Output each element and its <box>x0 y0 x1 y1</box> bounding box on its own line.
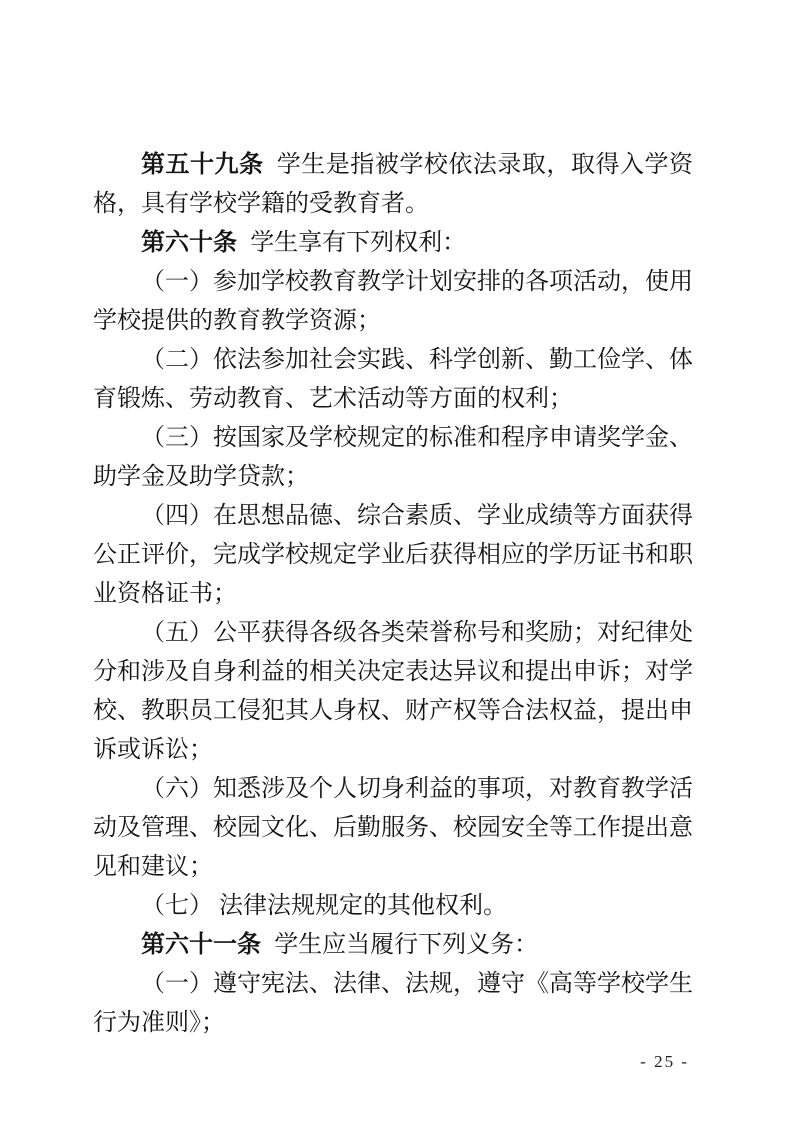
document-body: 第五十九条学生是指被学校依法录取，取得入学资格，具有学校学籍的受教育者。 第六十… <box>93 146 693 1043</box>
paragraph: （六）知悉涉及个人切身利益的事项，对教育教学活动及管理、校园文化、后勤服务、校园… <box>93 770 693 887</box>
paragraph: 第六十条学生享有下列权利： <box>93 224 693 263</box>
paragraph-text: （六）知悉涉及个人切身利益的事项，对教育教学活动及管理、校园文化、后勤服务、校园… <box>93 776 693 880</box>
paragraph-text: 学生享有下列权利： <box>250 230 466 256</box>
paragraph-text: （七） 法律法规规定的其他权利。 <box>141 893 507 919</box>
paragraph: 第六十一条学生应当履行下列义务： <box>93 926 693 965</box>
paragraph-text: （一）遵守宪法、法律、法规，遵守《高等学校学生行为准则》； <box>93 971 693 1036</box>
paragraph: （一）遵守宪法、法律、法规，遵守《高等学校学生行为准则》； <box>93 965 693 1043</box>
paragraph-text: （三）按国家及学校规定的标准和程序申请奖学金、助学金及助学贷款； <box>93 425 693 490</box>
article-heading: 第五十九条 <box>141 152 264 178</box>
paragraph-text: （四）在思想品德、综合素质、学业成绩等方面获得公正评价，完成学校规定学业后获得相… <box>93 503 693 607</box>
paragraph: 第五十九条学生是指被学校依法录取，取得入学资格，具有学校学籍的受教育者。 <box>93 146 693 224</box>
paragraph: （五）公平获得各级各类荣誉称号和奖励；对纪律处分和涉及自身利益的相关决定表达异议… <box>93 614 693 770</box>
paragraph: （三）按国家及学校规定的标准和程序申请奖学金、助学金及助学贷款； <box>93 419 693 497</box>
page-number: - 25 - <box>640 1052 689 1072</box>
article-heading: 第六十一条 <box>141 932 261 958</box>
paragraph: （一）参加学校教育教学计划安排的各项活动，使用学校提供的教育教学资源； <box>93 263 693 341</box>
paragraph-text: （五）公平获得各级各类荣誉称号和奖励；对纪律处分和涉及自身利益的相关决定表达异议… <box>93 620 693 763</box>
paragraph: （七） 法律法规规定的其他权利。 <box>93 887 693 926</box>
paragraph: （二）依法参加社会实践、科学创新、勤工俭学、体育锻炼、劳动教育、艺术活动等方面的… <box>93 341 693 419</box>
paragraph-text: 学生应当履行下列义务： <box>274 932 538 958</box>
paragraph-text: （一）参加学校教育教学计划安排的各项活动，使用学校提供的教育教学资源； <box>93 269 693 334</box>
paragraph: （四）在思想品德、综合素质、学业成绩等方面获得公正评价，完成学校规定学业后获得相… <box>93 497 693 614</box>
document-page: 第五十九条学生是指被学校依法录取，取得入学资格，具有学校学籍的受教育者。 第六十… <box>0 0 793 1122</box>
paragraph-text: （二）依法参加社会实践、科学创新、勤工俭学、体育锻炼、劳动教育、艺术活动等方面的… <box>93 347 693 412</box>
article-heading: 第六十条 <box>141 230 237 256</box>
